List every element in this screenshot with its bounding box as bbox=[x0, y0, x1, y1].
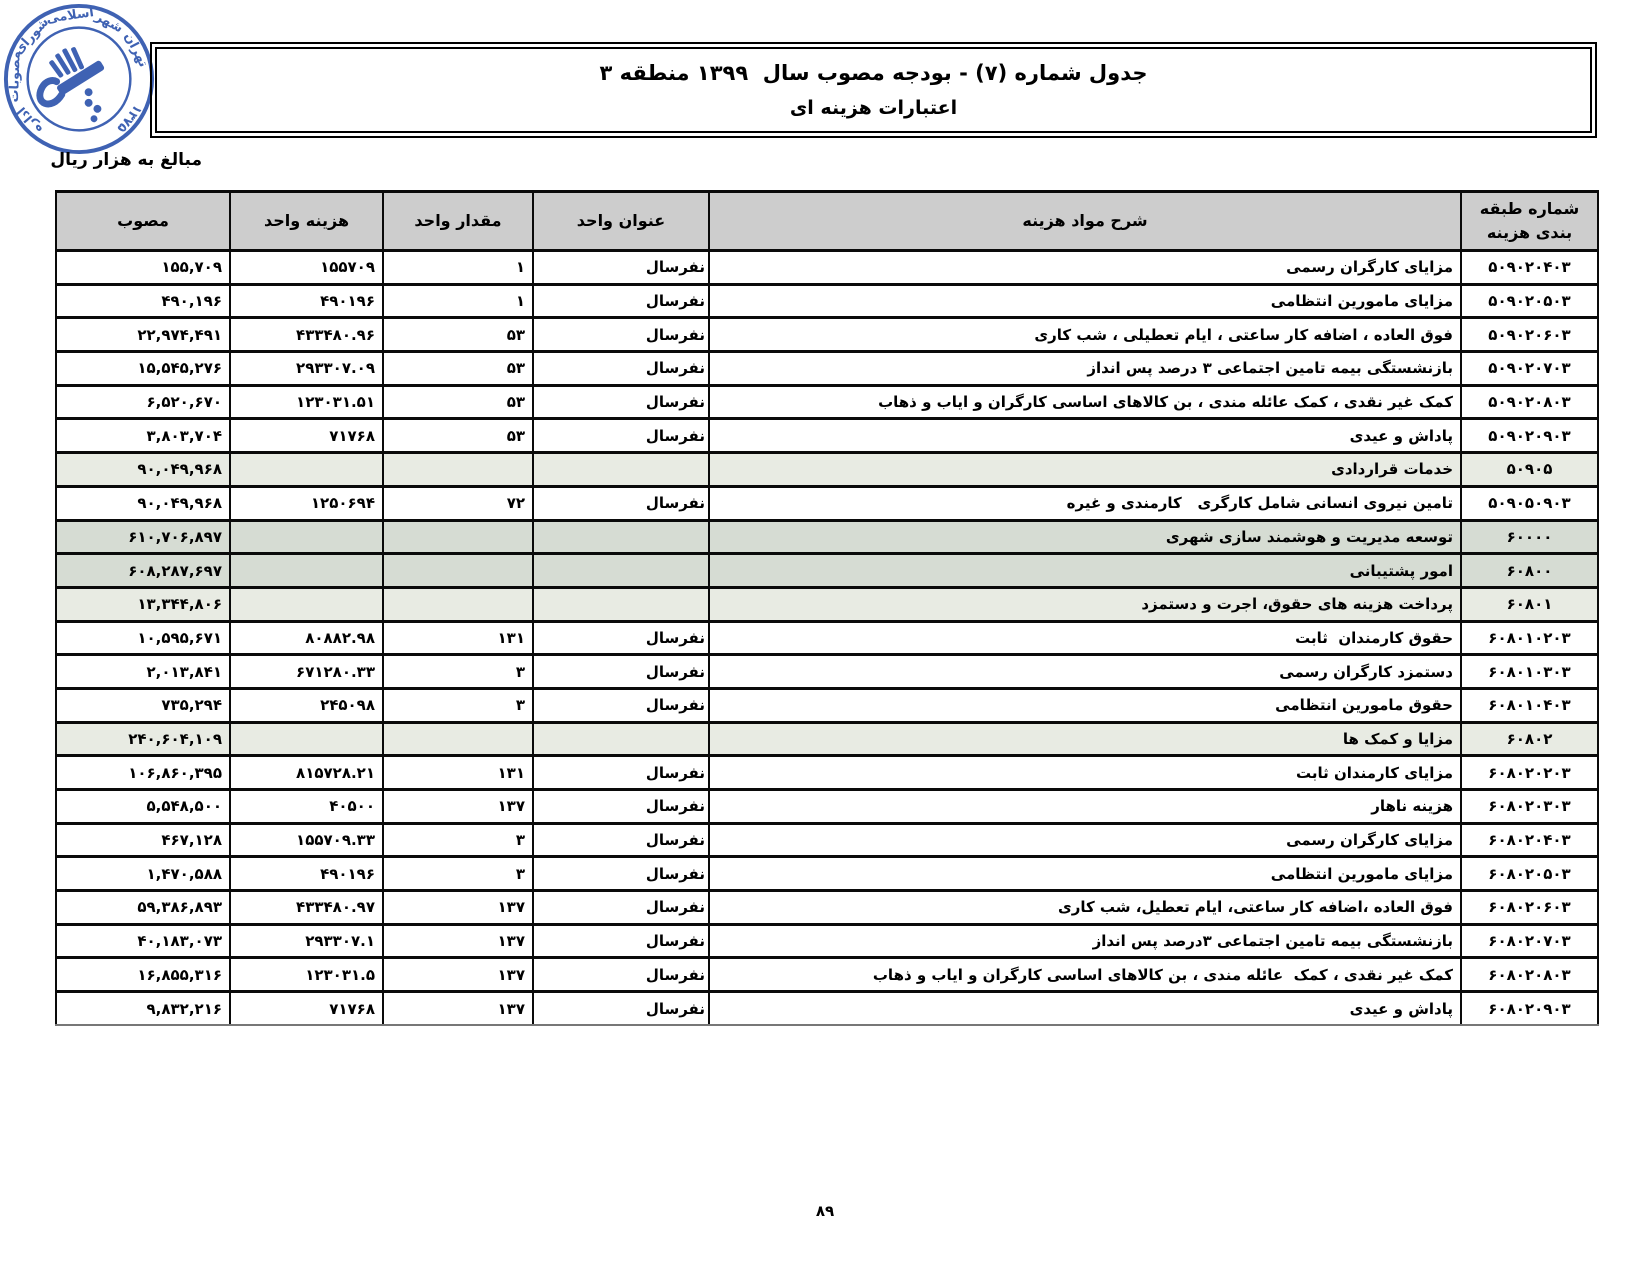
table-row: ۶۰۸۰۲۰۶۰۳ فوق العاده ،اضافه کار ساعتی، ا… bbox=[56, 891, 1598, 925]
document-subtitle: اعتبارات هزینه ای bbox=[790, 97, 957, 119]
cell-unit-title: نفرسال bbox=[533, 419, 709, 453]
cell-classification-code: ۵۰۹۰۲۰۶۰۳ bbox=[1461, 318, 1598, 352]
cell-unit-quantity: ۱۳۱ bbox=[383, 621, 533, 655]
cell-expense-description: پرداخت هزینه های حقوق، اجرت و دستمزد bbox=[709, 587, 1461, 621]
table-row: ۵۰۹۰۲۰۴۰۳ مزایای کارگران رسمی نفرسال ۱ ۱… bbox=[56, 251, 1598, 285]
cell-unit-quantity: ۳ bbox=[383, 688, 533, 722]
cell-classification-code: ۶۰۸۰۲۰۸۰۳ bbox=[1461, 958, 1598, 992]
table-row: ۶۰۰۰۰ توسعه مدیریت و هوشمند سازی شهری ۶۱… bbox=[56, 520, 1598, 554]
table-row: ۶۰۸۰۲۰۹۰۳ پاداش و عیدی نفرسال ۱۳۷ ۷۱۷۶۸ … bbox=[56, 992, 1598, 1026]
cell-expense-description: خدمات قراردادی bbox=[709, 453, 1461, 487]
budget-table: شماره طبقه بندی هزینه شرح مواد هزینه عنو… bbox=[55, 190, 1599, 1026]
svg-text:اسلامی: اسلامی bbox=[45, 5, 94, 26]
table-row: ۶۰۸۰۱۰۳۰۳ دستمزد کارگران رسمی نفرسال ۳ ۶… bbox=[56, 655, 1598, 689]
table-row: ۶۰۸۰۱ پرداخت هزینه های حقوق، اجرت و دستم… bbox=[56, 587, 1598, 621]
cell-classification-code: ۶۰۸۰۱ bbox=[1461, 587, 1598, 621]
cell-unit-title: نفرسال bbox=[533, 958, 709, 992]
cell-unit-quantity: ۵۳ bbox=[383, 352, 533, 386]
page-number: ۸۹ bbox=[0, 1202, 1650, 1220]
cell-unit-quantity: ۱۳۷ bbox=[383, 924, 533, 958]
cell-unit-title: نفرسال bbox=[533, 688, 709, 722]
cell-expense-description: کمک غیر نقدی ، کمک عائله مندی ، بن کالاه… bbox=[709, 958, 1461, 992]
table-row: ۶۰۸۰۱۰۴۰۳ حقوق مامورین انتظامی نفرسال ۳ … bbox=[56, 688, 1598, 722]
cell-expense-description: امور پشتیبانی bbox=[709, 554, 1461, 588]
cell-unit-quantity: ۳ bbox=[383, 857, 533, 891]
cell-unit-quantity: ۷۲ bbox=[383, 486, 533, 520]
cell-expense-description: حقوق کارمندان ثابت bbox=[709, 621, 1461, 655]
cell-unit-title: نفرسال bbox=[533, 486, 709, 520]
cell-unit-cost bbox=[230, 520, 383, 554]
cell-approved-amount: ۶,۵۲۰,۶۷۰ bbox=[56, 385, 230, 419]
table-row: ۵۰۹۰۲۰۸۰۳ کمک غیر نقدی ، کمک عائله مندی … bbox=[56, 385, 1598, 419]
cell-unit-cost bbox=[230, 554, 383, 588]
header-cell-unit-cost: هزینه واحد bbox=[230, 192, 383, 251]
cell-unit-cost: ۴۳۳۴۸۰.۹۷ bbox=[230, 891, 383, 925]
cell-unit-quantity: ۱ bbox=[383, 284, 533, 318]
table-row: ۵۰۹۰۲۰۷۰۳ بازنشستگی بیمه تامین اجتماعی ۳… bbox=[56, 352, 1598, 386]
cell-classification-code: ۶۰۸۰۲۰۷۰۳ bbox=[1461, 924, 1598, 958]
cell-classification-code: ۶۰۸۰۲۰۶۰۳ bbox=[1461, 891, 1598, 925]
cell-unit-cost: ۴۳۳۴۸۰.۹۶ bbox=[230, 318, 383, 352]
cell-unit-cost bbox=[230, 587, 383, 621]
table-row: ۵۰۹۰۵ خدمات قراردادی ۹۰,۰۴۹,۹۶۸ bbox=[56, 453, 1598, 487]
cell-classification-code: ۵۰۹۰۲۰۹۰۳ bbox=[1461, 419, 1598, 453]
amounts-unit-note: مبالغ به هزار ریال bbox=[70, 150, 202, 170]
table-row: ۶۰۸۰۲۰۲۰۳ مزایای کارمندان ثابت نفرسال ۱۳… bbox=[56, 756, 1598, 790]
cell-approved-amount: ۵۹,۳۸۶,۸۹۳ bbox=[56, 891, 230, 925]
header-cell-unit-title: عنوان واحد bbox=[533, 192, 709, 251]
cell-unit-title bbox=[533, 722, 709, 756]
cell-approved-amount: ۴۶۷,۱۲۸ bbox=[56, 823, 230, 857]
cell-unit-quantity: ۵۳ bbox=[383, 419, 533, 453]
cell-classification-code: ۶۰۸۰۲ bbox=[1461, 722, 1598, 756]
cell-expense-description: مزایا و کمک ها bbox=[709, 722, 1461, 756]
cell-unit-cost: ۸۰۸۸۲.۹۸ bbox=[230, 621, 383, 655]
cell-unit-title: نفرسال bbox=[533, 992, 709, 1026]
cell-expense-description: مزایای مامورین انتظامی bbox=[709, 284, 1461, 318]
cell-expense-description: فوق العاده ، اضافه کار ساعتی ، ایام تعطی… bbox=[709, 318, 1461, 352]
cell-unit-title: نفرسال bbox=[533, 318, 709, 352]
header-cell-unit-qty: مقدار واحد bbox=[383, 192, 533, 251]
cell-unit-title: نفرسال bbox=[533, 655, 709, 689]
cell-unit-title: نفرسال bbox=[533, 352, 709, 386]
cell-expense-description: بازنشستگی بیمه تامین اجتماعی ۳درصد پس ان… bbox=[709, 924, 1461, 958]
table-row: ۵۰۹۰۲۰۹۰۳ پاداش و عیدی نفرسال ۵۳ ۷۱۷۶۸ ۳… bbox=[56, 419, 1598, 453]
cell-unit-quantity: ۱۳۷ bbox=[383, 958, 533, 992]
cell-classification-code: ۶۰۰۰۰ bbox=[1461, 520, 1598, 554]
cell-classification-code: ۶۰۸۰۲۰۳۰۳ bbox=[1461, 790, 1598, 824]
table-row: ۶۰۸۰۰ امور پشتیبانی ۶۰۸,۲۸۷,۶۹۷ bbox=[56, 554, 1598, 588]
cell-classification-code: ۶۰۸۰۱۰۴۰۳ bbox=[1461, 688, 1598, 722]
cell-approved-amount: ۶۱۰,۷۰۶,۸۹۷ bbox=[56, 520, 230, 554]
cell-expense-description: پاداش و عیدی bbox=[709, 992, 1461, 1026]
cell-unit-quantity: ۱۳۷ bbox=[383, 790, 533, 824]
cell-unit-cost: ۴۹۰۱۹۶ bbox=[230, 284, 383, 318]
document-title: جدول شماره (۷) - بودجه مصوب سال ۱۳۹۹ منط… bbox=[600, 61, 1148, 85]
table-row: ۶۰۸۰۲۰۴۰۳ مزایای کارگران رسمی نفرسال ۳ ۱… bbox=[56, 823, 1598, 857]
cell-unit-cost bbox=[230, 453, 383, 487]
cell-unit-title: نفرسال bbox=[533, 857, 709, 891]
header-row: شماره طبقه بندی هزینه شرح مواد هزینه عنو… bbox=[56, 192, 1598, 251]
cell-approved-amount: ۹۰,۰۴۹,۹۶۸ bbox=[56, 453, 230, 487]
cell-expense-description: فوق العاده ،اضافه کار ساعتی، ایام تعطیل،… bbox=[709, 891, 1461, 925]
table-row: ۶۰۸۰۲۰۵۰۳ مزایای مامورین انتظامی نفرسال … bbox=[56, 857, 1598, 891]
cell-approved-amount: ۱۰۶,۸۶۰,۳۹۵ bbox=[56, 756, 230, 790]
cell-unit-cost: ۱۵۵۷۰۹ bbox=[230, 251, 383, 285]
cell-classification-code: ۵۰۹۰۲۰۵۰۳ bbox=[1461, 284, 1598, 318]
header-cell-approved: مصوب bbox=[56, 192, 230, 251]
table-row: ۶۰۸۰۲۰۷۰۳ بازنشستگی بیمه تامین اجتماعی ۳… bbox=[56, 924, 1598, 958]
cell-unit-cost: ۴۹۰۱۹۶ bbox=[230, 857, 383, 891]
cell-expense-description: حقوق مامورین انتظامی bbox=[709, 688, 1461, 722]
cell-unit-title: نفرسال bbox=[533, 924, 709, 958]
cell-unit-quantity: ۱۳۱ bbox=[383, 756, 533, 790]
svg-text:اداره: اداره bbox=[15, 104, 46, 137]
cell-unit-cost: ۱۲۵۰۶۹۴ bbox=[230, 486, 383, 520]
cell-approved-amount: ۱۰,۵۹۵,۶۷۱ bbox=[56, 621, 230, 655]
cell-classification-code: ۶۰۸۰۲۰۲۰۳ bbox=[1461, 756, 1598, 790]
cell-expense-description: پاداش و عیدی bbox=[709, 419, 1461, 453]
cell-unit-title: نفرسال bbox=[533, 790, 709, 824]
cell-unit-title bbox=[533, 587, 709, 621]
table-row: ۵۰۹۰۲۰۵۰۳ مزایای مامورین انتظامی نفرسال … bbox=[56, 284, 1598, 318]
cell-expense-description: مزایای کارمندان ثابت bbox=[709, 756, 1461, 790]
cell-unit-quantity bbox=[383, 453, 533, 487]
cell-classification-code: ۶۰۸۰۲۰۹۰۳ bbox=[1461, 992, 1598, 1026]
cell-expense-description: مزایای مامورین انتظامی bbox=[709, 857, 1461, 891]
cell-unit-title: نفرسال bbox=[533, 756, 709, 790]
cell-classification-code: ۵۰۹۰۲۰۴۰۳ bbox=[1461, 251, 1598, 285]
table-row: ۶۰۸۰۱۰۲۰۳ حقوق کارمندان ثابت نفرسال ۱۳۱ … bbox=[56, 621, 1598, 655]
cell-unit-cost: ۸۱۵۷۲۸.۲۱ bbox=[230, 756, 383, 790]
cell-approved-amount: ۵,۵۴۸,۵۰۰ bbox=[56, 790, 230, 824]
budget-table-body: ۵۰۹۰۲۰۴۰۳ مزایای کارگران رسمی نفرسال ۱ ۱… bbox=[56, 251, 1598, 1026]
table-row: ۵۰۹۰۲۰۶۰۳ فوق العاده ، اضافه کار ساعتی ،… bbox=[56, 318, 1598, 352]
cell-approved-amount: ۴۰,۱۸۳,۰۷۳ bbox=[56, 924, 230, 958]
cell-unit-cost bbox=[230, 722, 383, 756]
cell-approved-amount: ۷۳۵,۲۹۴ bbox=[56, 688, 230, 722]
cell-classification-code: ۵۰۹۰۲۰۷۰۳ bbox=[1461, 352, 1598, 386]
cell-unit-title: نفرسال bbox=[533, 891, 709, 925]
cell-classification-code: ۶۰۸۰۱۰۲۰۳ bbox=[1461, 621, 1598, 655]
cell-expense-description: دستمزد کارگران رسمی bbox=[709, 655, 1461, 689]
cell-approved-amount: ۹۰,۰۴۹,۹۶۸ bbox=[56, 486, 230, 520]
cell-unit-cost: ۲۹۳۳۰۷.۰۹ bbox=[230, 352, 383, 386]
cell-approved-amount: ۱۳,۳۴۴,۸۰۶ bbox=[56, 587, 230, 621]
cell-approved-amount: ۶۰۸,۲۸۷,۶۹۷ bbox=[56, 554, 230, 588]
cell-unit-cost: ۱۲۳۰۳۱.۵۱ bbox=[230, 385, 383, 419]
cell-unit-cost: ۷۱۷۶۸ bbox=[230, 992, 383, 1026]
cell-unit-title bbox=[533, 520, 709, 554]
cell-approved-amount: ۱,۴۷۰,۵۸۸ bbox=[56, 857, 230, 891]
cell-unit-cost: ۴۰۵۰۰ bbox=[230, 790, 383, 824]
cell-unit-quantity bbox=[383, 587, 533, 621]
cell-classification-code: ۶۰۸۰۲۰۵۰۳ bbox=[1461, 857, 1598, 891]
header-cell-description: شرح مواد هزینه bbox=[709, 192, 1461, 251]
cell-unit-title: نفرسال bbox=[533, 621, 709, 655]
council-stamp-icon: ادارهمصوباتشورایاسلامیشهرتهران۱۳۷۵ bbox=[0, 0, 158, 162]
budget-table-header: شماره طبقه بندی هزینه شرح مواد هزینه عنو… bbox=[56, 192, 1598, 251]
cell-classification-code: ۶۰۸۰۱۰۳۰۳ bbox=[1461, 655, 1598, 689]
cell-approved-amount: ۲,۰۱۳,۸۴۱ bbox=[56, 655, 230, 689]
council-stamp: ادارهمصوباتشورایاسلامیشهرتهران۱۳۷۵ bbox=[0, 0, 158, 162]
cell-unit-cost: ۲۴۵۰۹۸ bbox=[230, 688, 383, 722]
cell-classification-code: ۶۰۸۰۲۰۴۰۳ bbox=[1461, 823, 1598, 857]
cell-unit-cost: ۲۹۳۳۰۷.۱ bbox=[230, 924, 383, 958]
cell-approved-amount: ۲۲,۹۷۴,۴۹۱ bbox=[56, 318, 230, 352]
table-row: ۵۰۹۰۵۰۹۰۳ تامین نیروی انسانی شامل کارگری… bbox=[56, 486, 1598, 520]
cell-expense-description: تامین نیروی انسانی شامل کارگری کارمندی و… bbox=[709, 486, 1461, 520]
cell-unit-quantity: ۵۳ bbox=[383, 385, 533, 419]
cell-expense-description: مزایای کارگران رسمی bbox=[709, 251, 1461, 285]
cell-unit-title bbox=[533, 453, 709, 487]
cell-unit-cost: ۱۵۵۷۰۹.۳۳ bbox=[230, 823, 383, 857]
cell-approved-amount: ۴۹۰,۱۹۶ bbox=[56, 284, 230, 318]
cell-unit-quantity: ۱ bbox=[383, 251, 533, 285]
cell-unit-quantity bbox=[383, 722, 533, 756]
cell-classification-code: ۵۰۹۰۲۰۸۰۳ bbox=[1461, 385, 1598, 419]
cell-approved-amount: ۱۵۵,۷۰۹ bbox=[56, 251, 230, 285]
cell-unit-title: نفرسال bbox=[533, 385, 709, 419]
table-row: ۶۰۸۰۲۰۳۰۳ هزینه ناهار نفرسال ۱۳۷ ۴۰۵۰۰ ۵… bbox=[56, 790, 1598, 824]
cell-unit-cost: ۱۲۳۰۳۱.۵ bbox=[230, 958, 383, 992]
cell-unit-title: نفرسال bbox=[533, 284, 709, 318]
table-row: ۶۰۸۰۲ مزایا و کمک ها ۲۴۰,۶۰۴,۱۰۹ bbox=[56, 722, 1598, 756]
cell-unit-cost: ۶۷۱۲۸۰.۳۳ bbox=[230, 655, 383, 689]
cell-approved-amount: ۱۶,۸۵۵,۳۱۶ bbox=[56, 958, 230, 992]
cell-unit-quantity: ۱۳۷ bbox=[383, 992, 533, 1026]
cell-classification-code: ۵۰۹۰۵۰۹۰۳ bbox=[1461, 486, 1598, 520]
cell-expense-description: کمک غیر نقدی ، کمک عائله مندی ، بن کالاه… bbox=[709, 385, 1461, 419]
title-box: جدول شماره (۷) - بودجه مصوب سال ۱۳۹۹ منط… bbox=[150, 42, 1597, 138]
document-page: ادارهمصوباتشورایاسلامیشهرتهران۱۳۷۵ جد bbox=[0, 0, 1650, 1275]
svg-text:مصوبات: مصوبات bbox=[7, 51, 24, 103]
cell-classification-code: ۵۰۹۰۵ bbox=[1461, 453, 1598, 487]
cell-unit-quantity: ۱۳۷ bbox=[383, 891, 533, 925]
cell-unit-quantity bbox=[383, 520, 533, 554]
cell-unit-title: نفرسال bbox=[533, 251, 709, 285]
cell-approved-amount: ۲۴۰,۶۰۴,۱۰۹ bbox=[56, 722, 230, 756]
cell-expense-description: هزینه ناهار bbox=[709, 790, 1461, 824]
cell-approved-amount: ۹,۸۳۲,۲۱۶ bbox=[56, 992, 230, 1026]
cell-approved-amount: ۱۵,۵۴۵,۲۷۶ bbox=[56, 352, 230, 386]
cell-expense-description: مزایای کارگران رسمی bbox=[709, 823, 1461, 857]
cell-unit-title bbox=[533, 554, 709, 588]
cell-unit-cost: ۷۱۷۶۸ bbox=[230, 419, 383, 453]
cell-classification-code: ۶۰۸۰۰ bbox=[1461, 554, 1598, 588]
cell-unit-quantity bbox=[383, 554, 533, 588]
cell-approved-amount: ۳,۸۰۳,۷۰۴ bbox=[56, 419, 230, 453]
cell-unit-title: نفرسال bbox=[533, 823, 709, 857]
cell-expense-description: توسعه مدیریت و هوشمند سازی شهری bbox=[709, 520, 1461, 554]
cell-expense-description: بازنشستگی بیمه تامین اجتماعی ۳ درصد پس ا… bbox=[709, 352, 1461, 386]
header-cell-code: شماره طبقه بندی هزینه bbox=[1461, 192, 1598, 251]
cell-unit-quantity: ۵۳ bbox=[383, 318, 533, 352]
cell-unit-quantity: ۳ bbox=[383, 655, 533, 689]
table-row: ۶۰۸۰۲۰۸۰۳ کمک غیر نقدی ، کمک عائله مندی … bbox=[56, 958, 1598, 992]
cell-unit-quantity: ۳ bbox=[383, 823, 533, 857]
